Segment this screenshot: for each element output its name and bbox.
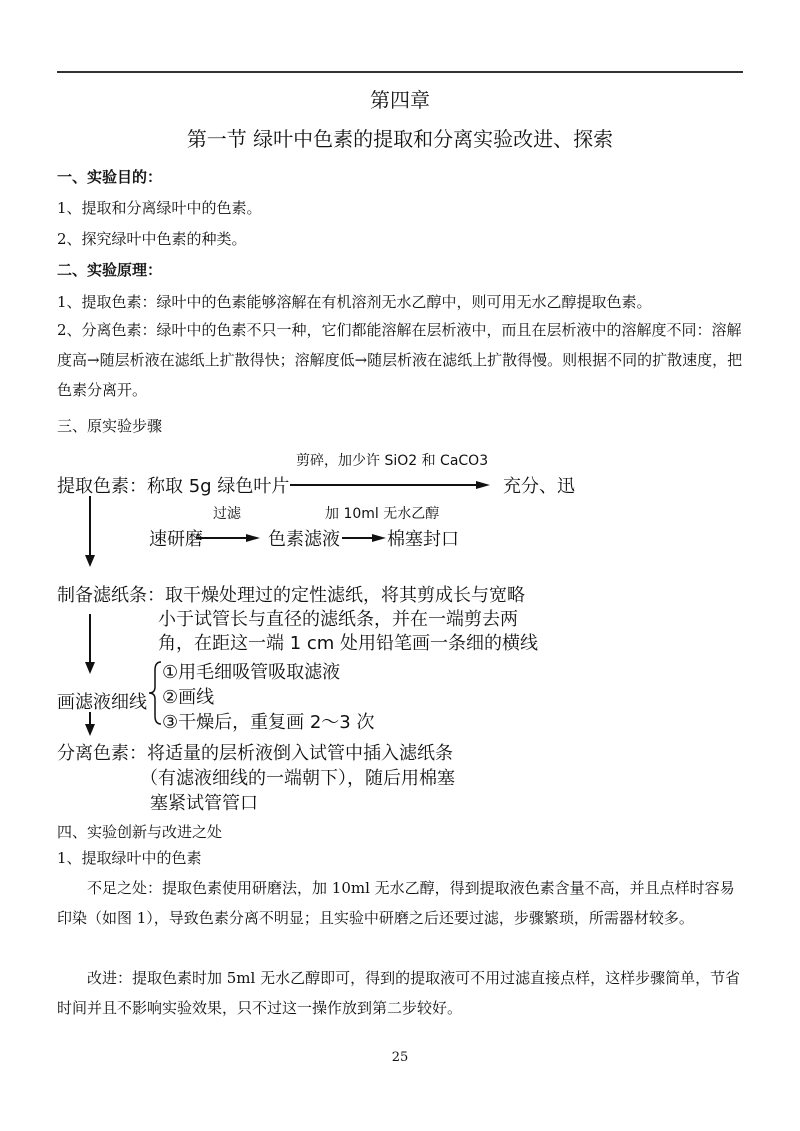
draw-line-label: 画滤液细线: [57, 688, 147, 714]
arrow3-line: [342, 537, 372, 539]
separate-line-2: （有滤液细线的一端朝下），随后用棉塞: [140, 764, 455, 790]
improvement-paragraph: 改进：提取色素时加 5ml 无水乙醇即可，得到的提取液可不用过滤直接点样，这样步…: [57, 963, 747, 1023]
draw-step-2: ②画线: [162, 683, 214, 709]
section-title: 第一节 绿叶中色素的提取和分离实验改进、探索: [0, 123, 800, 152]
prepare-line-1: 制备滤纸条：取干燥处理过的定性滤纸，将其剪成长与宽略: [57, 581, 525, 607]
arrow2-note: 过滤: [213, 503, 241, 523]
arrow-down-icon: [85, 662, 95, 674]
brace-icon: [147, 660, 163, 726]
purpose-item-2: 2、探究绿叶中色素的种类。: [57, 228, 247, 249]
principle-item-1: 1、提取色素：绿叶中的色素能够溶解在有机溶剂无水乙醇中，则可用无水乙醇提取色素。: [57, 291, 652, 312]
arrow-down-icon: [85, 724, 95, 736]
prepare-line-2: 小于试管长与直径的滤纸条，并在一端剪去两: [158, 605, 518, 631]
prepare-line-3: 角，在距这一端 1 cm 处用铅笔画一条细的横线: [158, 629, 538, 655]
arrow1-line: [290, 484, 476, 486]
header-rule: [57, 71, 743, 73]
improvements-sub1-heading: 1、提取绿叶中的色素: [57, 847, 202, 868]
principle-heading: 二、实验原理：: [57, 259, 162, 280]
arrow-right-icon: [476, 481, 490, 489]
arrow1-note: 剪碎，加少许 SiO2 和 CaCO3: [296, 450, 488, 470]
purpose-item-1: 1、提取和分离绿叶中的色素。: [57, 197, 262, 218]
chapter-title: 第四章: [0, 84, 800, 113]
purpose-heading: 一、实验目的：: [57, 166, 162, 187]
arrow2-line: [196, 537, 246, 539]
extract-label: 提取色素：称取 5g 绿色叶片: [57, 472, 289, 498]
row2-mid: 色素滤液: [268, 525, 340, 551]
arrow-right-icon: [372, 534, 386, 542]
principle-item-2: 2、分离色素：绿叶中的色素不只一种，它们都能溶解在层析液中，而且在层析液中的溶解…: [57, 315, 747, 405]
separate-line-1: 分离色素：将适量的层析液倒入试管中插入滤纸条: [57, 739, 453, 765]
shortcoming-paragraph: 不足之处：提取色素使用研磨法，加 10ml 无水乙醇，得到提取液色素含量不高，并…: [57, 873, 747, 933]
down-arrow-line: [89, 496, 91, 556]
arrow3-note: 加 10ml 无水乙醇: [325, 503, 439, 523]
row2-start: 速研磨: [149, 525, 203, 551]
page-number: 25: [0, 1050, 800, 1065]
draw-step-1: ①用毛细吸管吸取滤液: [162, 658, 340, 684]
arrow-right-icon: [246, 534, 260, 542]
arrow-down-icon: [85, 555, 95, 567]
improvements-heading: 四、实验创新与改进之处: [57, 821, 222, 842]
separate-line-3: 塞紧试管管口: [150, 789, 258, 815]
down-arrow-line: [89, 614, 91, 664]
draw-step-3: ③干燥后，重复画 2～3 次: [162, 708, 374, 734]
original-steps-heading: 三、原实验步骤: [57, 415, 162, 436]
arrow1-target: 充分、迅: [503, 472, 575, 498]
row2-end: 棉塞封口: [387, 525, 459, 551]
